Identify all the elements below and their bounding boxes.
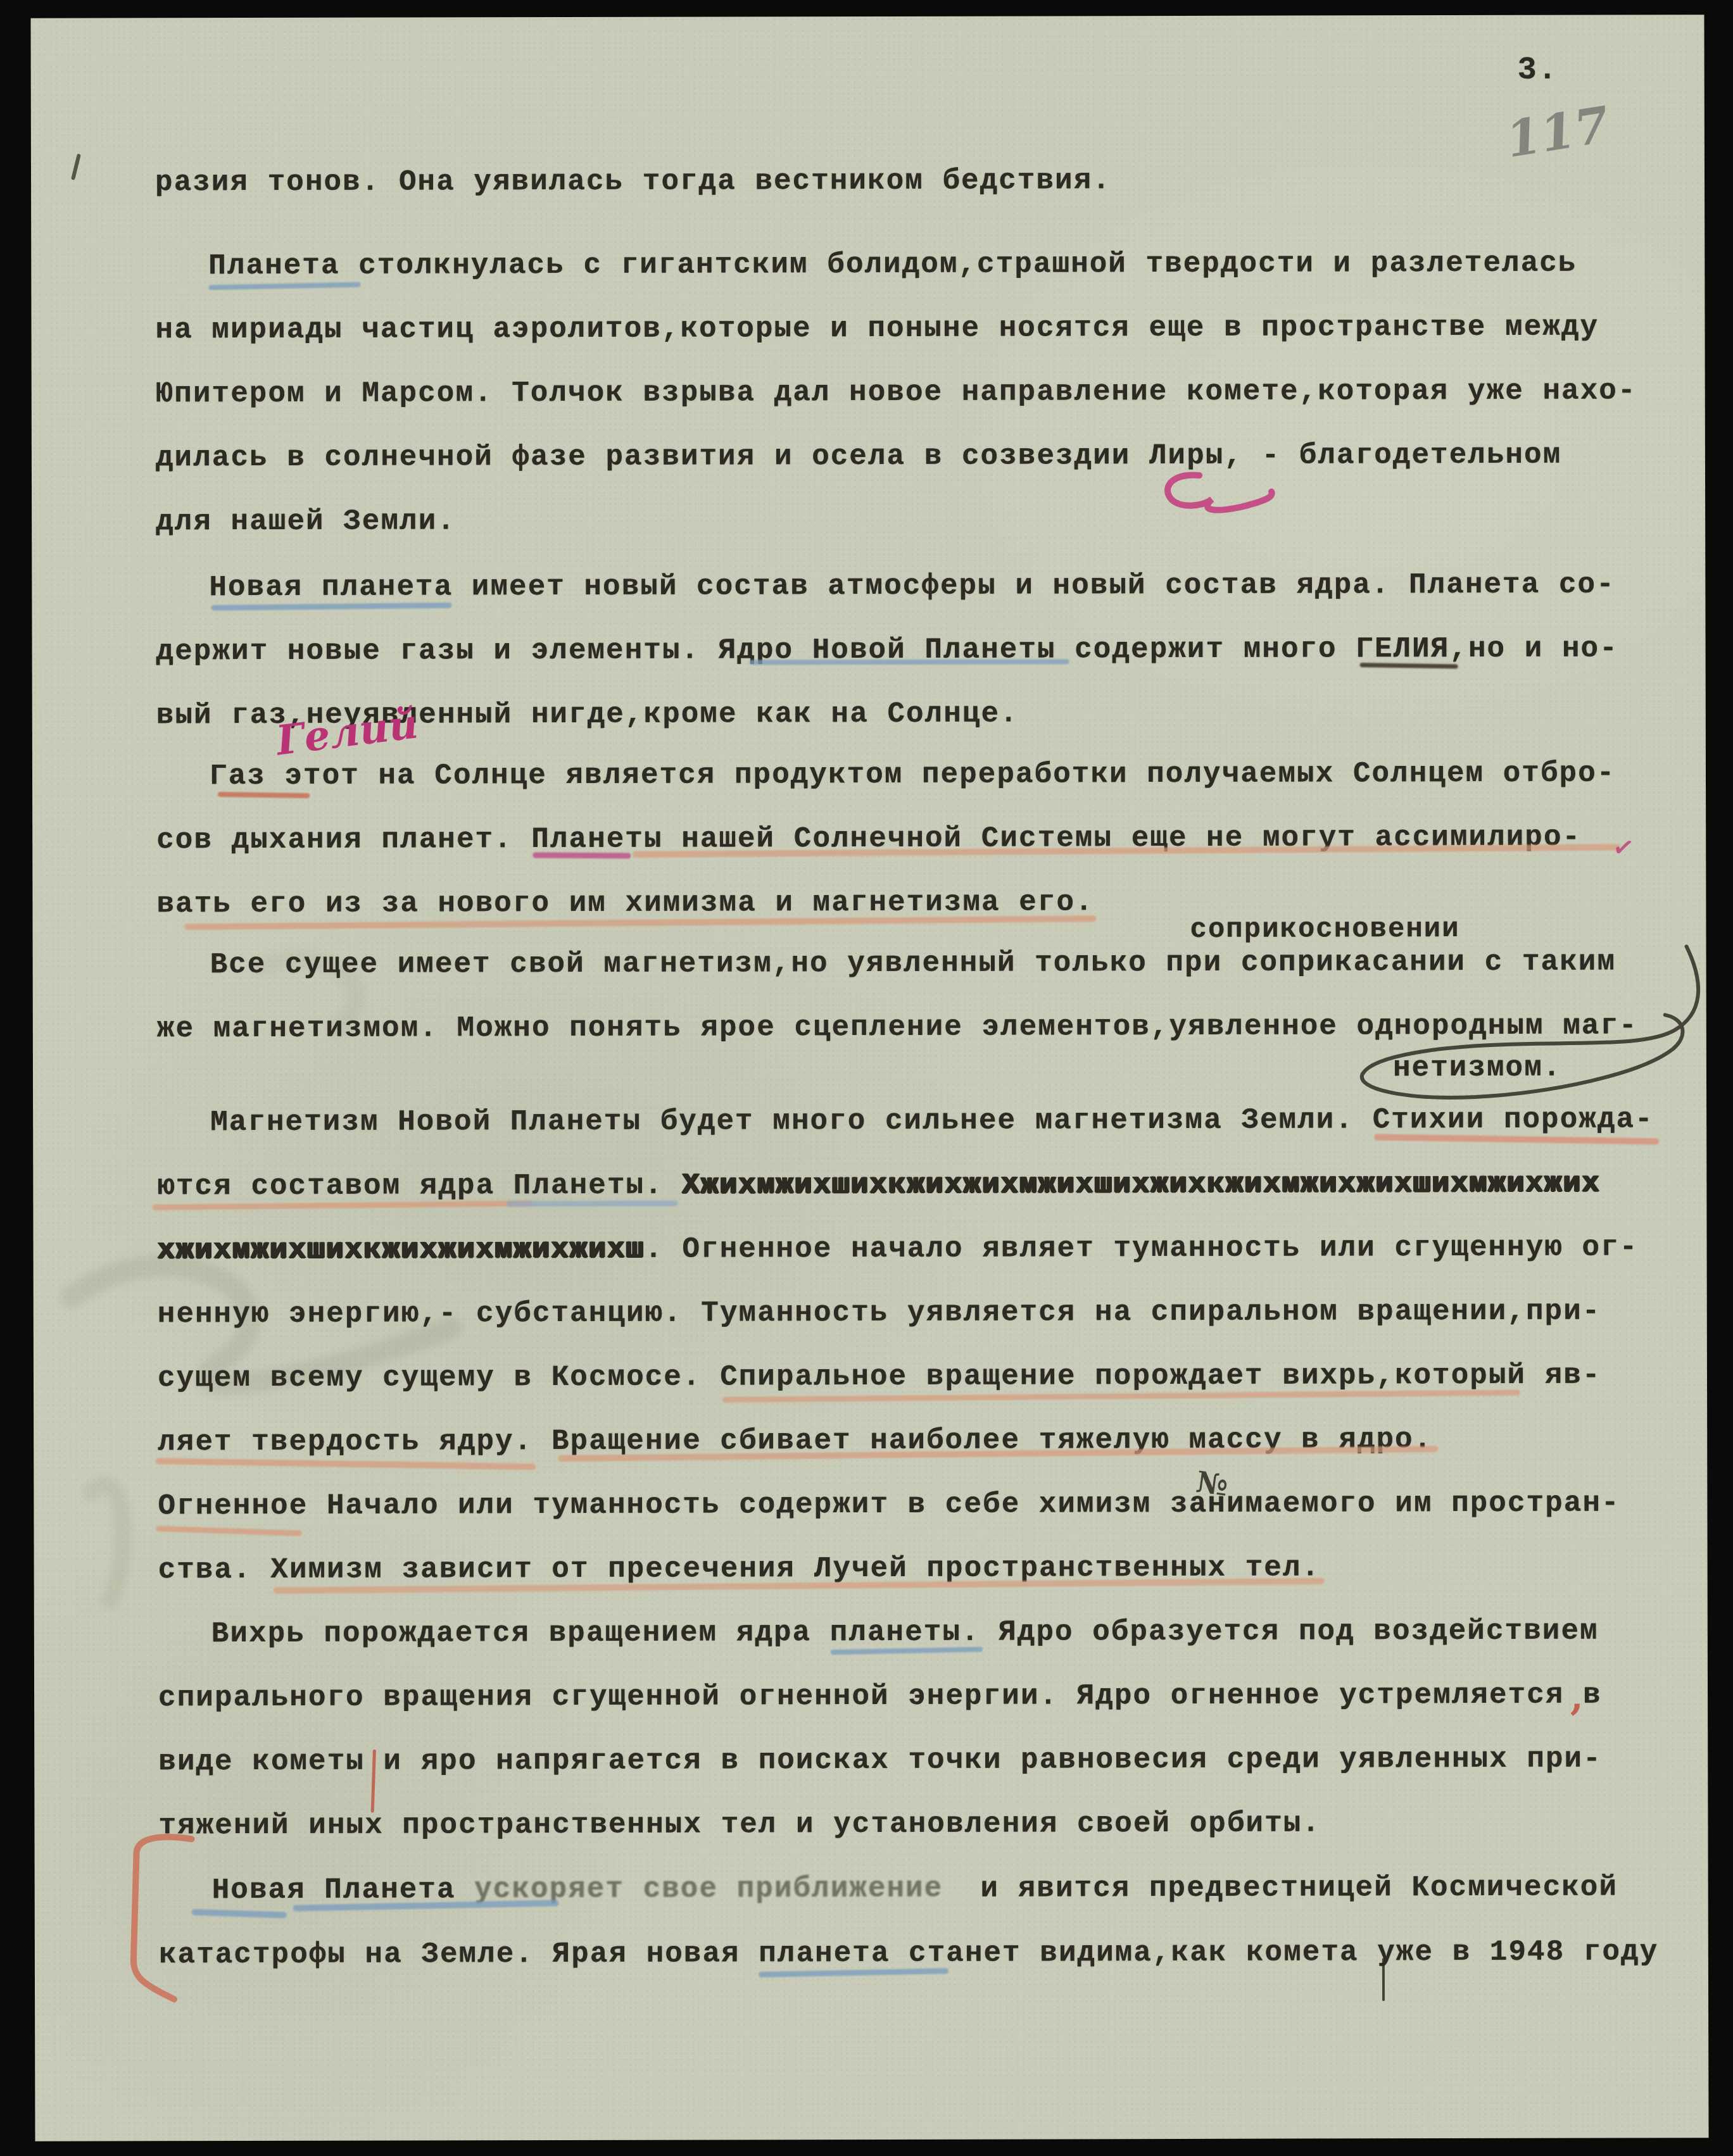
typed-line: ются составом ядра Планеты. Хжихмжихшихк… bbox=[157, 1167, 1601, 1203]
red-underline-gaz bbox=[218, 792, 310, 798]
typed-line: Магнетизм Новой Планеты будет много силь… bbox=[210, 1103, 1654, 1139]
typed-run: . Огненное начало являет туманность или … bbox=[645, 1231, 1638, 1265]
typed-line: Газ этот на Солнце является продуктом пе… bbox=[210, 757, 1615, 793]
typed-line: тяжений иных пространственных тел и уста… bbox=[158, 1807, 1321, 1843]
typed-run: ускоряет свое приближение bbox=[474, 1872, 943, 1907]
typed-line: катастрофы на Земле. Ярая новая планета … bbox=[159, 1935, 1658, 1971]
typed-line: сов дыхания планет. Планеты нашей Солнеч… bbox=[156, 821, 1581, 857]
typed-hanging-line: нетизмом. bbox=[1393, 1051, 1562, 1085]
typed-run: Новая Планета bbox=[212, 1873, 475, 1907]
typed-text-block: разия тонов. Она уявилась тогда вестнико… bbox=[30, 15, 1704, 18]
typed-insertion-line: соприкосновении bbox=[1190, 913, 1459, 946]
handwritten-folio-number: 117 bbox=[1503, 96, 1613, 169]
blue-underline-novaya-1 bbox=[192, 1909, 287, 1919]
blue-underline-planeta-stolknulas bbox=[208, 282, 360, 291]
typed-line: Новая Планета ускоряет свое приближение … bbox=[212, 1871, 1618, 1907]
typed-line: Планета столкнулась с гигантским болидом… bbox=[208, 247, 1577, 283]
typed-line: Все сущее имеет свой магнетизм,но уявлен… bbox=[210, 946, 1616, 982]
typed-line: Вихрь порождается вращением ядра планеты… bbox=[211, 1615, 1599, 1651]
typed-line: дилась в солнечной фазе развития и осела… bbox=[156, 439, 1561, 475]
magenta-swirl-mark bbox=[1168, 475, 1272, 510]
typed-struck-out-run: хжихмжихшихкжихжихмжихжихш bbox=[158, 1233, 645, 1267]
magenta-checkmark: ✓ bbox=[1610, 831, 1636, 864]
typed-line: ненную энергию,- субстанцию. Туманность … bbox=[158, 1295, 1601, 1331]
typed-line: Юпитером и Марсом. Толчок взрыва дал нов… bbox=[156, 374, 1637, 410]
ink-speck-left-margin bbox=[71, 154, 81, 180]
typed-line: для нашей Земли. bbox=[156, 505, 456, 538]
page-number: 3. bbox=[1518, 54, 1558, 87]
salmon-underline-tverdost bbox=[156, 1458, 536, 1470]
typed-run: и явится предвестницей Космической bbox=[943, 1871, 1618, 1905]
typed-run: ются составом ядра Планеты. bbox=[157, 1169, 682, 1203]
scanned-document: 3. 117 разия тонов. Она уявилась тогда в… bbox=[0, 0, 1733, 2156]
typed-line: хжихмжихшихкжихжихмжихжихш. Огненное нач… bbox=[158, 1231, 1639, 1267]
typed-line: Огненное Начало или туманность содержит … bbox=[158, 1487, 1620, 1523]
typed-line: сущем всему сущему в Космосе. Спиральное… bbox=[158, 1359, 1601, 1395]
typed-line: же магнетизмом. Можно понять ярое сцепле… bbox=[157, 1009, 1638, 1045]
annotation-marks-layer: ✓№, bbox=[30, 15, 1704, 18]
salmon-underline-ognennoe bbox=[156, 1526, 301, 1536]
typed-line: Новая планета имеет новый состав атмосфе… bbox=[209, 568, 1615, 605]
typed-line: вать его из за нового им химизма и магне… bbox=[156, 886, 1093, 920]
document-page: 3. 117 разия тонов. Она уявилась тогда в… bbox=[30, 15, 1708, 2141]
typed-line: ства. Химизм зависит от пресечения Лучей… bbox=[158, 1551, 1321, 1587]
typed-line: виде кометы и яро напрягается в поисках … bbox=[158, 1743, 1602, 1779]
red-margin-bracket-mark bbox=[133, 1837, 192, 1999]
typed-line: держит новые газы и элементы. Ядро Новой… bbox=[156, 632, 1618, 668]
typed-line: разия тонов. Она уявилась тогда вестнико… bbox=[155, 164, 1111, 199]
typed-line: спирального вращения сгущенной огненной … bbox=[158, 1679, 1602, 1715]
typed-line: ляет твердость ядру. Вращение сбивает на… bbox=[158, 1423, 1432, 1458]
typed-struck-out-run: Хжихмжихшихкжихжихмжихшихжихкжихмжихжихш… bbox=[682, 1167, 1601, 1202]
typed-line: на мириады частиц аэролитов,которые и по… bbox=[155, 311, 1599, 347]
